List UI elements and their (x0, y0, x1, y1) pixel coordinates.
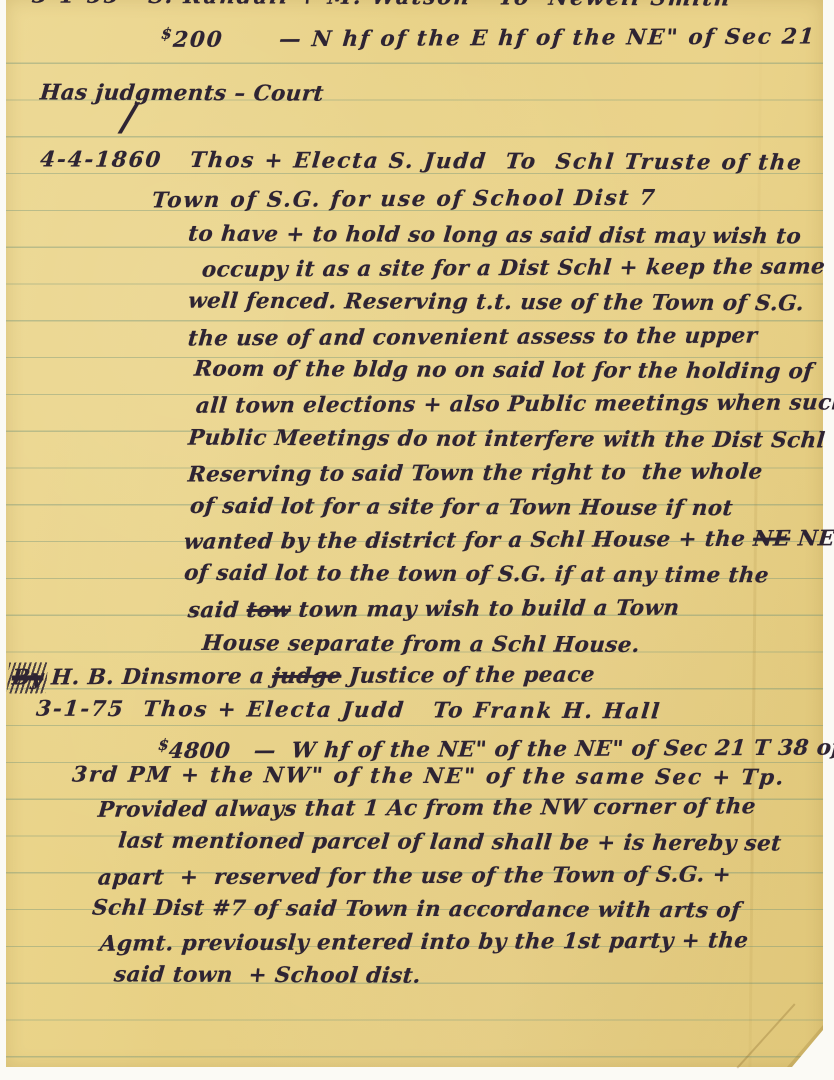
text-segment: Agmt. previously entered into by the 1st… (99, 928, 750, 956)
text-segment: occupy it as a site for a Dist Schl + ke… (201, 254, 826, 282)
body-line: occupy it as a site for a Dist Schl + ke… (201, 253, 827, 284)
scanned-page: 3-1-55 S. Randall + M. Watson To Newell … (0, 0, 834, 1080)
text-segment: apart + reserved for the use of the Town… (97, 862, 732, 890)
consideration-line: $4800 — W hf of the NE" of the NE" of Se… (156, 727, 834, 766)
text-segment: town may wish to build a Town (290, 596, 681, 623)
text-segment: wanted by the district for a Schl House … (183, 527, 754, 555)
body-line: well fenced. Reserving t.t. use of the T… (187, 288, 805, 319)
text-segment: 200 — N hf of the E hf of the NE" of Sec… (172, 24, 816, 52)
body-line: wanted by the district for a Schl House … (183, 525, 834, 556)
text-segment: Public Meetings do not interfere with th… (187, 426, 826, 454)
body-line: said tow town may wish to build a Town (187, 595, 681, 626)
text-segment: said town + School dist. (113, 962, 422, 988)
text-segment: Schl Dist #7 of said Town in accordance … (91, 896, 742, 924)
corner-fold (792, 1030, 823, 1067)
text-segment: 3-1-75 Thos + Electa Judd To Frank H. Ha… (35, 697, 662, 725)
handwriting-layer: 3-1-55 S. Randall + M. Watson To Newell … (6, 0, 823, 1067)
clipped-top-line: 3-1-55 S. Randall + M. Watson To Newell … (31, 0, 733, 14)
body-line: apart + reserved for the use of the Town… (97, 861, 733, 892)
body-line: Room of the bldg no on said lot for the … (193, 356, 814, 387)
body-line: the use of and convenient assess to the … (187, 323, 759, 354)
text-segment: of said lot to the town of S.G. if at an… (183, 561, 770, 589)
text-segment: of said lot for a site for a Town House … (189, 494, 734, 521)
text-segment: all town elections + also Public meeting… (195, 390, 834, 418)
text-segment: Reserving to said Town the right to the … (187, 459, 764, 487)
slash-mark: / (121, 103, 137, 131)
text-segment: the use of and convenient assess to the … (187, 324, 759, 352)
body-line: 3rd PM + the NW" of the NE" of the same … (71, 761, 787, 792)
text-segment: 4800 — W hf of the NE" of the NE" of Sec… (168, 735, 834, 764)
body-line: House separate from a Schl House. (201, 630, 641, 660)
text-segment: said (187, 598, 248, 623)
body-line: all town elections + also Public meeting… (195, 389, 834, 420)
body-line: said town + School dist. (113, 961, 422, 990)
scribbled-out-text: By (11, 665, 45, 690)
struck-out-text: judge (271, 664, 342, 689)
body-line: Schl Dist #7 of said Town in accordance … (91, 895, 742, 926)
body-line: to have + to hold so long as said dist m… (187, 221, 803, 252)
body-line: Agmt. previously entered into by the 1st… (99, 927, 750, 958)
text-segment: 4-4-1860 Thos + Electa S. Judd To Schl T… (39, 147, 804, 175)
body-line: Public Meetings do not interfere with th… (187, 425, 827, 456)
text-segment: 3rd PM + the NW" of the NE" of the same … (71, 762, 786, 790)
text-segment: Provided always that 1 Ac from the NW co… (97, 794, 757, 822)
text-segment: Justice of the peace (340, 662, 596, 688)
entry-heading-2: Town of S.G. for use of School Dist 7 (151, 185, 658, 216)
text-segment: H. B. Dinsmore a (42, 664, 273, 690)
text-segment: / (120, 94, 138, 139)
text-segment: NE" (789, 526, 834, 551)
text-segment: Town of S.G. for use of School Dist 7 (151, 186, 658, 214)
entry-heading: 3-1-75 Thos + Electa Judd To Frank H. Ha… (35, 696, 662, 727)
body-line: Provided always that 1 Ac from the NW co… (97, 793, 757, 824)
text-segment: Room of the bldg no on said lot for the … (193, 357, 814, 385)
text-segment: last mentioned parcel of land shall be +… (117, 829, 783, 857)
text-segment: 3-1-55 S. Randall + M. Watson To Newell … (31, 0, 733, 12)
consideration-line: $200 — N hf of the E hf of the NE" of Se… (159, 16, 817, 55)
note-line: Has judgments – Court (39, 79, 325, 108)
body-line: last mentioned parcel of land shall be +… (117, 828, 783, 859)
text-segment: House separate from a Schl House. (201, 631, 641, 658)
witness-line: By H. B. Dinsmore a judge Justice of the… (11, 661, 596, 692)
struck-out-text: NE (752, 527, 791, 552)
body-line: of said lot for a site for a Town House … (189, 493, 734, 523)
entry-heading: 4-4-1860 Thos + Electa S. Judd To Schl T… (39, 146, 804, 177)
body-line: of said lot to the town of S.G. if at an… (183, 560, 770, 591)
body-line: Reserving to said Town the right to the … (187, 458, 764, 489)
paper-sheet: 3-1-55 S. Randall + M. Watson To Newell … (6, 0, 823, 1067)
struck-out-text: tow (246, 598, 292, 623)
text-segment: well fenced. Reserving t.t. use of the T… (187, 289, 805, 317)
text-segment: Has judgments – Court (39, 80, 325, 106)
text-segment: to have + to hold so long as said dist m… (187, 222, 802, 250)
